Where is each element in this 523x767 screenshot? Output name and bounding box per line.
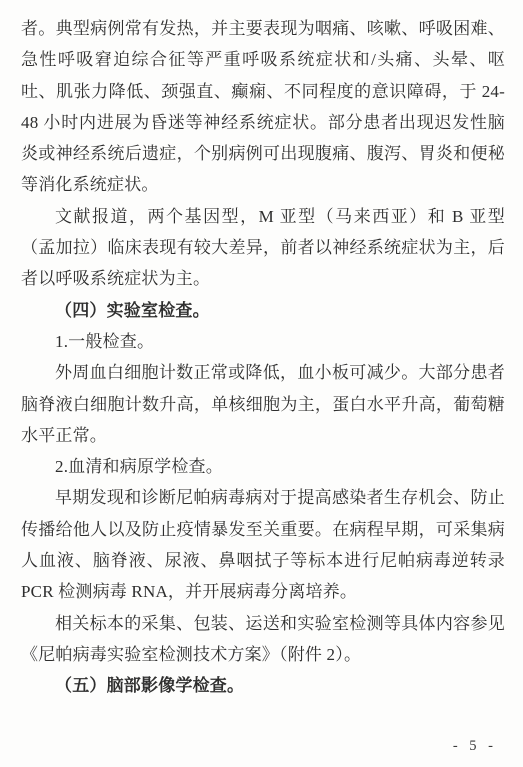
paragraph-genotypes: 文献报道，两个基因型，M 亚型（马来西亚）和 B 亚型（孟加拉）临床表现有较大差…: [21, 201, 505, 295]
page-number: - 5 -: [453, 738, 497, 755]
numbered-item-serology-pathogen-tests: 2.血清和病原学检查。: [21, 451, 505, 482]
section-heading-lab-tests: （四）实验室检查。: [21, 295, 505, 326]
paragraph-clinical-symptoms: 者。典型病例常有发热，并主要表现为咽痛、咳嗽、呼吸困难、急性呼吸窘迫综合征等严重…: [21, 13, 505, 201]
document-body: 者。典型病例常有发热，并主要表现为咽痛、咳嗽、呼吸困难、急性呼吸窘迫综合征等严重…: [21, 13, 505, 702]
document-page: 者。典型病例常有发热，并主要表现为咽痛、咳嗽、呼吸困难、急性呼吸窘迫综合征等严重…: [0, 0, 523, 767]
section-heading-brain-imaging: （五）脑部影像学检查。: [21, 670, 505, 701]
paragraph-specimen-reference: 相关标本的采集、包装、运送和实验室检测等具体内容参见《尼帕病毒实验室检测技术方案…: [21, 608, 505, 671]
paragraph-early-detection: 早期发现和诊断尼帕病毒病对于提高感染者生存机会、防止传播给他人以及防止疫情暴发至…: [21, 482, 505, 607]
numbered-item-general-tests: 1.一般检查。: [21, 326, 505, 357]
paragraph-blood-csf-findings: 外周血白细胞计数正常或降低，血小板可减少。大部分患者脑脊液白细胞计数升高，单核细…: [21, 357, 505, 451]
